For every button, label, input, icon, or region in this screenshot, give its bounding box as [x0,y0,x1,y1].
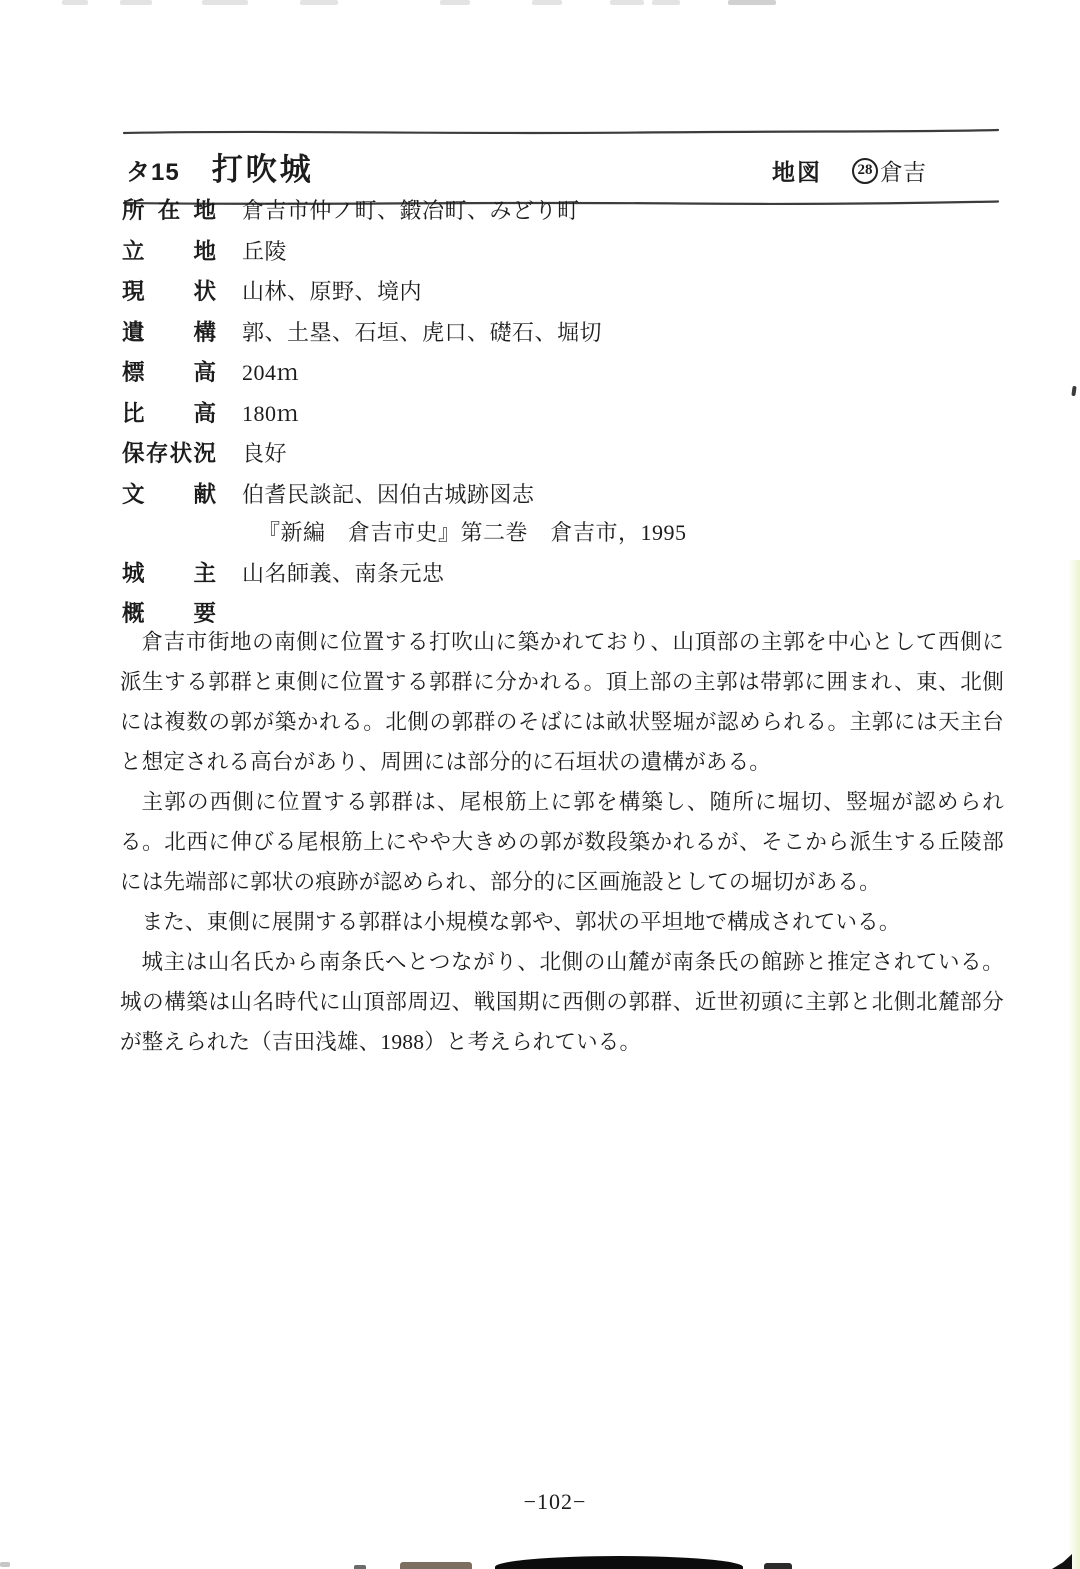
scan-artifact-speck [1071,386,1076,396]
attribute-fields: 所在地 倉吉市仲ノ町、鍛冶町、みどり町 立地 丘陵 現状 山林、原野、境内 遺構… [122,198,1004,642]
field-value-continuation: 『新編 倉吉市史』第二巻 倉吉市，1995 [258,520,1004,545]
map-reference: 28 倉吉 [852,154,926,187]
field-label: 遺構 [122,320,216,345]
field-label: 標高 [122,360,216,385]
summary-paragraph: 城主は山名氏から南条氏へとつながり、北側の山麓が南条氏の館跡と推定されている。城… [120,942,1004,1062]
field-value: 山林、原野、境内 [242,279,422,304]
field-label: 文献 [122,482,216,507]
header-top-rule [122,128,1000,136]
scan-artifact-bottom [0,1562,10,1567]
field-value: 良好 [242,441,287,466]
page-number: −102− [0,1489,1080,1515]
field-value: 180ｍ [242,401,299,426]
summary-paragraph: 主郭の西側に位置する郭群は、尾根筋上に郭を構築し、随所に堀切、竪堀が認められる。… [120,782,1004,902]
field-label: 比高 [122,401,216,426]
field-value: 倉吉市仲ノ町、鍛冶町、みどり町 [242,198,580,223]
page-title: 打吹城 [212,144,314,189]
scan-artifact-top [0,0,1080,8]
field-row-references: 文献 伯耆民談記、因伯古城跡図志 [122,482,1004,507]
summary-text: 倉吉市街地の南側に位置する打吹山に築かれており、山頂部の主郭を中心として西側に派… [120,622,1004,1062]
entry-id: タ15 [126,152,180,187]
field-label: 立地 [122,239,216,264]
field-row-preservation: 保存状況 良好 [122,441,1004,466]
scan-page-edge [1068,560,1080,1569]
field-label: 現状 [122,279,216,304]
field-label: 保存状況 [122,441,216,466]
field-value: 204ｍ [242,360,299,385]
field-row-location: 所在地 倉吉市仲ノ町、鍛冶町、みどり町 [122,198,1004,223]
summary-paragraph: また、東側に展開する郭群は小規模な郭や、郭状の平坦地で構成されている。 [120,902,1004,942]
summary-paragraph: 倉吉市街地の南側に位置する打吹山に築かれており、山頂部の主郭を中心として西側に派… [120,622,1004,782]
field-row-remains: 遺構 郭、土塁、石垣、虎口、礎石、堀切 [122,320,1004,345]
scan-artifact-bottom [764,1563,792,1569]
circled-number: 28 [852,158,878,184]
field-row-lord: 城主 山名師義、南条元忠 [122,561,1004,586]
map-name: 倉吉 [880,154,926,187]
field-label: 城主 [122,561,216,586]
scan-artifact-bottom [354,1565,366,1569]
field-value: 伯耆民談記、因伯古城跡図志 [242,482,535,507]
field-label: 所在地 [122,198,216,223]
scan-artifact-bottom [495,1556,743,1569]
field-value: 山名師義、南条元忠 [242,561,445,586]
field-row-terrain: 立地 丘陵 [122,239,1004,264]
field-value: 郭、土塁、石垣、虎口、礎石、堀切 [242,320,602,345]
field-value: 丘陵 [242,239,287,264]
map-label: 地図 [772,154,822,187]
entry-header: タ15 打吹城 地図 28 倉吉 [122,128,1000,207]
field-row-elevation: 標高 204ｍ [122,360,1004,385]
scan-artifact-bottom [400,1562,472,1569]
field-row-current-state: 現状 山林、原野、境内 [122,279,1004,304]
field-row-relative-height: 比高 180ｍ [122,401,1004,426]
